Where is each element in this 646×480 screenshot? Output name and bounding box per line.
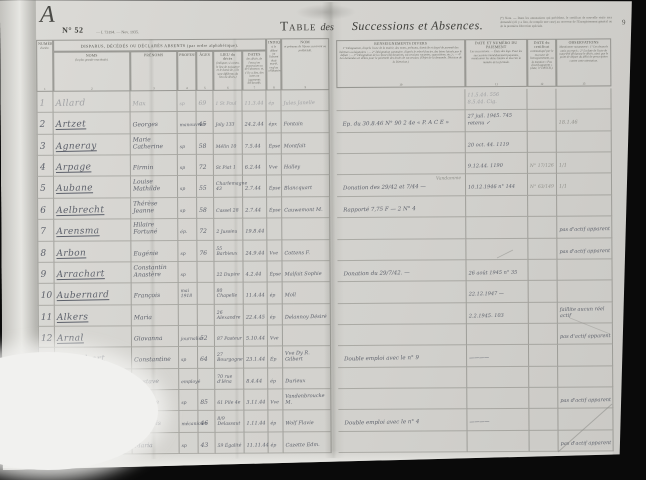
scanned-register-page: A N° 52 — I. 73194. — Nov. 1935. Table d… [0, 0, 646, 480]
pencil-strokes [0, 0, 646, 480]
